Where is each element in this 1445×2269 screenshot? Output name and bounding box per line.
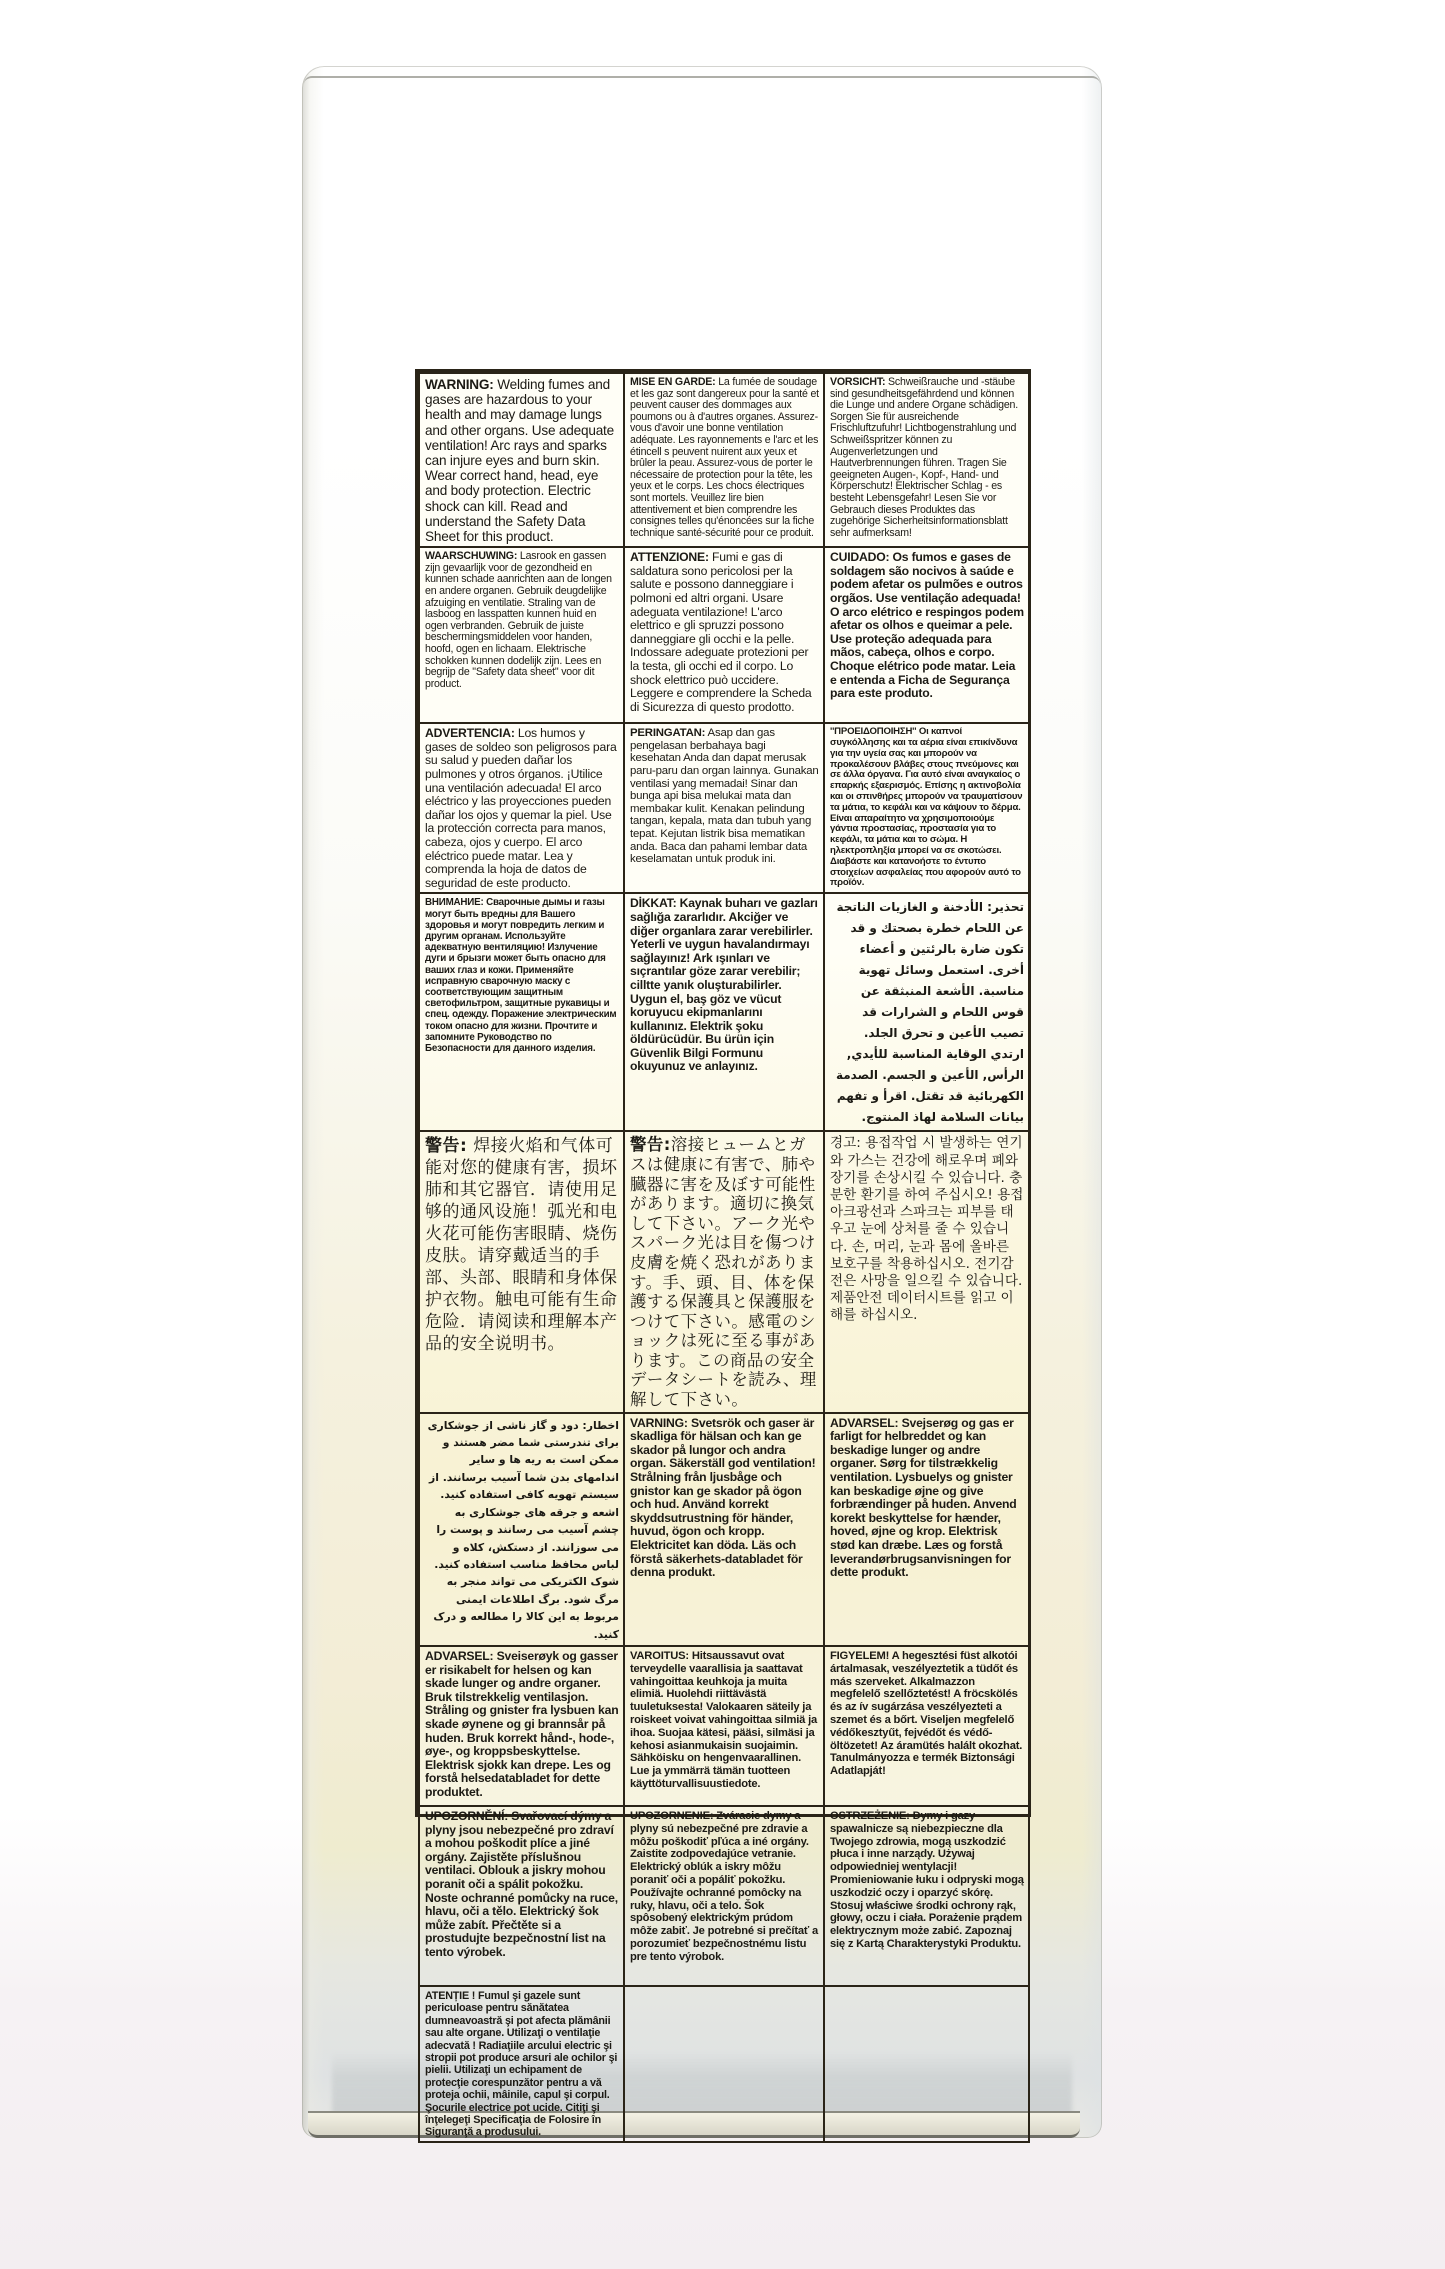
warning-heading: 경고: xyxy=(830,1135,861,1151)
warning-heading: WAARSCHUWING: xyxy=(425,550,517,562)
safety-warning-label: WARNING: Welding fumes and gases are haz… xyxy=(415,369,1031,1817)
warning-body: Asap dan gas pengelasan berbahaya bagi k… xyxy=(630,727,818,865)
warning-cell-id: PERINGATAN: Asap dan gas pengelasan berb… xyxy=(624,723,824,893)
warning-heading: اخطار: xyxy=(582,1419,619,1432)
can-top-rim xyxy=(304,76,1100,84)
label-row: 警告: 焊接火焰和气体可能对您的健康有害，损坏肺和其它器官．请使用足够的通风设施… xyxy=(419,1131,1029,1412)
warning-heading: UPOZORNĚNÍ: xyxy=(425,1809,508,1823)
warning-cell-en: WARNING: Welding fumes and gases are haz… xyxy=(419,373,624,547)
warning-heading: WARNING: xyxy=(425,377,494,392)
warning-body: Fumul şi gazele sunt periculoase pentru … xyxy=(425,1990,617,2138)
warning-heading: DİKKAT: xyxy=(630,896,676,910)
warning-cell-ja: 警告:溶接ヒュームとガスは健康に有害で、肺や臓器に害を及ぼす可能性があります。適… xyxy=(624,1131,824,1412)
warning-body: Hitsaussavut ovat terveydelle vaarallisi… xyxy=(630,1650,817,1790)
label-row: ADVARSEL: Sveiserøyk og gasser er risika… xyxy=(419,1646,1029,1806)
warning-heading: UPOZORNENIE: xyxy=(630,1810,713,1822)
warning-cell-el: ''ΠΡΟΕΙΔΟΠΟΙΗΣΗ'' Οι καπνοί συγκόλλησης … xyxy=(824,723,1029,893)
warning-heading: ATENȚIE ! xyxy=(425,1990,475,2002)
warning-cell-fr: MISE EN GARDE: La fumée de soudage et le… xyxy=(624,373,824,547)
label-row: ВНИМАНИЕ: Сварочные дымы и газы могут бы… xyxy=(419,893,1029,1131)
warning-body: Svejserøg og gas er farligt for helbredd… xyxy=(830,1416,1017,1580)
warning-body: Οι καπνοί συγκόλλησης και τα αέρια είναι… xyxy=(830,726,1022,888)
label-row: UPOZORNĚNÍ: Svařovací dýmy a plyny jsou … xyxy=(419,1806,1029,1986)
warning-cell-sk: UPOZORNENIE: Zváracie dymy a plyny sú ne… xyxy=(624,1806,824,1986)
warning-heading: MISE EN GARDE: xyxy=(630,376,716,388)
empty-cell xyxy=(624,1986,824,2142)
warning-heading: FIGYELEM! xyxy=(830,1650,889,1662)
warning-body: Fumi e gas di saldatura sono pericolosi … xyxy=(630,550,811,714)
warning-cell-hu: FIGYELEM! A hegesztési füst alkotói árta… xyxy=(824,1646,1029,1806)
warning-heading: ADVARSEL: xyxy=(425,1649,493,1663)
warning-body: Lasrook en gassen zijn gevaarlijk voor d… xyxy=(425,550,612,690)
warning-heading: 警告: xyxy=(630,1135,671,1154)
warning-cell-it: ATTENZIONE: Fumi e gas di saldatura sono… xyxy=(624,547,824,723)
warning-heading: PERINGATAN: xyxy=(630,727,705,739)
warning-cell-fi: VAROITUS: Hitsaussavut ovat terveydelle … xyxy=(624,1646,824,1806)
warning-body: Dymy i gazy spawalnicze są niebezpieczne… xyxy=(830,1810,1024,1950)
warning-cell-no: ADVARSEL: Sveiserøyk og gasser er risika… xyxy=(419,1646,624,1806)
warning-body: Los humos y gases de soldeo son peligros… xyxy=(425,726,617,890)
warning-body: Os fumos e gases de soldagem são nocivos… xyxy=(830,550,1024,700)
warning-body: Welding fumes and gases are hazardous to… xyxy=(425,377,614,544)
warning-heading: ''ΠΡΟΕΙΔΟΠΟΙΗΣΗ'' xyxy=(830,726,916,737)
warning-body: Сварочные дымы и газы могут быть вредны … xyxy=(425,897,616,1054)
warning-cell-da: ADVARSEL: Svejserøg og gas er farligt fo… xyxy=(824,1413,1029,1646)
warning-heading: ADVARSEL: xyxy=(830,1416,898,1430)
warning-body: Kaynak buharı ve gazları sağlığa zararlı… xyxy=(630,896,818,1073)
warning-cell-ko: 경고: 용접작업 시 발생하는 연기와 가스는 건강에 해로우며 폐와 장기를 … xyxy=(824,1131,1029,1412)
warning-body: الأدخنة و الغازيات الناتجة عن اللحام خطر… xyxy=(836,900,1024,1124)
warning-body: Schweißrauche und -stäube sind gesundhei… xyxy=(830,376,1018,539)
warning-heading: ВНИМАНИЕ: xyxy=(425,897,484,908)
warning-cell-es: ADVERTENCIA: Los humos y gases de soldeo… xyxy=(419,723,624,893)
warning-body: Zváracie dymy a plyny sú nebezpečné pre … xyxy=(630,1810,818,1963)
warning-heading: تحذير: xyxy=(987,900,1024,914)
empty-cell xyxy=(824,1986,1029,2142)
warning-table: WARNING: Welding fumes and gases are haz… xyxy=(418,372,1030,2143)
warning-cell-nl: WAARSCHUWING: Lasrook en gassen zijn gev… xyxy=(419,547,624,723)
warning-cell-de: VORSICHT: Schweißrauche und -stäube sind… xyxy=(824,373,1029,547)
warning-heading: ADVERTENCIA: xyxy=(425,726,515,740)
warning-cell-fa: اخطار: دود و گاز ناشی از جوشکاری برای تن… xyxy=(419,1413,624,1646)
warning-heading: VORSICHT: xyxy=(830,376,885,388)
warning-body: 溶接ヒュームとガスは健康に有害で、肺や臓器に害を及ぼす可能性があります。適切に換… xyxy=(630,1135,817,1409)
label-row: ADVERTENCIA: Los humos y gases de soldeo… xyxy=(419,723,1029,893)
warning-cell-sv: VARNING: Svetsrök och gaser är skadliga … xyxy=(624,1413,824,1646)
label-row: WAARSCHUWING: Lasrook en gassen zijn gev… xyxy=(419,547,1029,723)
warning-body: Sveiserøyk og gasser er risikabelt for h… xyxy=(425,1649,618,1799)
warning-heading: OSTRZEŻENIE: xyxy=(830,1810,910,1822)
warning-heading: 警告: xyxy=(425,1136,467,1156)
warning-cell-ro: ATENȚIE ! Fumul şi gazele sunt periculoa… xyxy=(419,1986,624,2142)
warning-cell-ar: تحذير: الأدخنة و الغازيات الناتجة عن الل… xyxy=(824,893,1029,1131)
warning-cell-ru: ВНИМАНИЕ: Сварочные дымы и газы могут бы… xyxy=(419,893,624,1131)
warning-body: Svařovací dýmy a plyny jsou nebezpečné p… xyxy=(425,1809,618,1959)
warning-heading: VARNING: xyxy=(630,1416,688,1430)
warning-body: دود و گاز ناشی از جوشکاری برای تندرستی ش… xyxy=(428,1419,619,1641)
warning-cell-tr: DİKKAT: Kaynak buharı ve gazları sağlığa… xyxy=(624,893,824,1131)
warning-body: La fumée de soudage et les gaz sont dang… xyxy=(630,376,819,539)
label-row: اخطار: دود و گاز ناشی از جوشکاری برای تن… xyxy=(419,1413,1029,1646)
warning-cell-zh: 警告: 焊接火焰和气体可能对您的健康有害，损坏肺和其它器官．请使用足够的通风设施… xyxy=(419,1131,624,1412)
warning-heading: CUIDADO: xyxy=(830,550,889,564)
warning-heading: ATTENZIONE: xyxy=(630,550,709,564)
warning-cell-cs: UPOZORNĚNÍ: Svařovací dýmy a plyny jsou … xyxy=(419,1806,624,1986)
warning-heading: VAROITUS: xyxy=(630,1650,689,1662)
warning-body: Svetsrök och gaser är skadliga för hälsa… xyxy=(630,1416,816,1580)
warning-body: 용접작업 시 발생하는 연기와 가스는 건강에 해로우며 폐와 장기를 손상시킬… xyxy=(830,1135,1023,1323)
warning-cell-pl: OSTRZEŻENIE: Dymy i gazy spawalnicze są … xyxy=(824,1806,1029,1986)
label-row: WARNING: Welding fumes and gases are haz… xyxy=(419,373,1029,547)
label-row: ATENȚIE ! Fumul şi gazele sunt periculoa… xyxy=(419,1986,1029,2142)
warning-body: A hegesztési füst alkotói ártalmasak, ve… xyxy=(830,1650,1022,1777)
warning-cell-pt: CUIDADO: Os fumos e gases de soldagem sã… xyxy=(824,547,1029,723)
warning-body: 焊接火焰和气体可能对您的健康有害，损坏肺和其它器官．请使用足够的通风设施！弧光和… xyxy=(425,1136,618,1354)
